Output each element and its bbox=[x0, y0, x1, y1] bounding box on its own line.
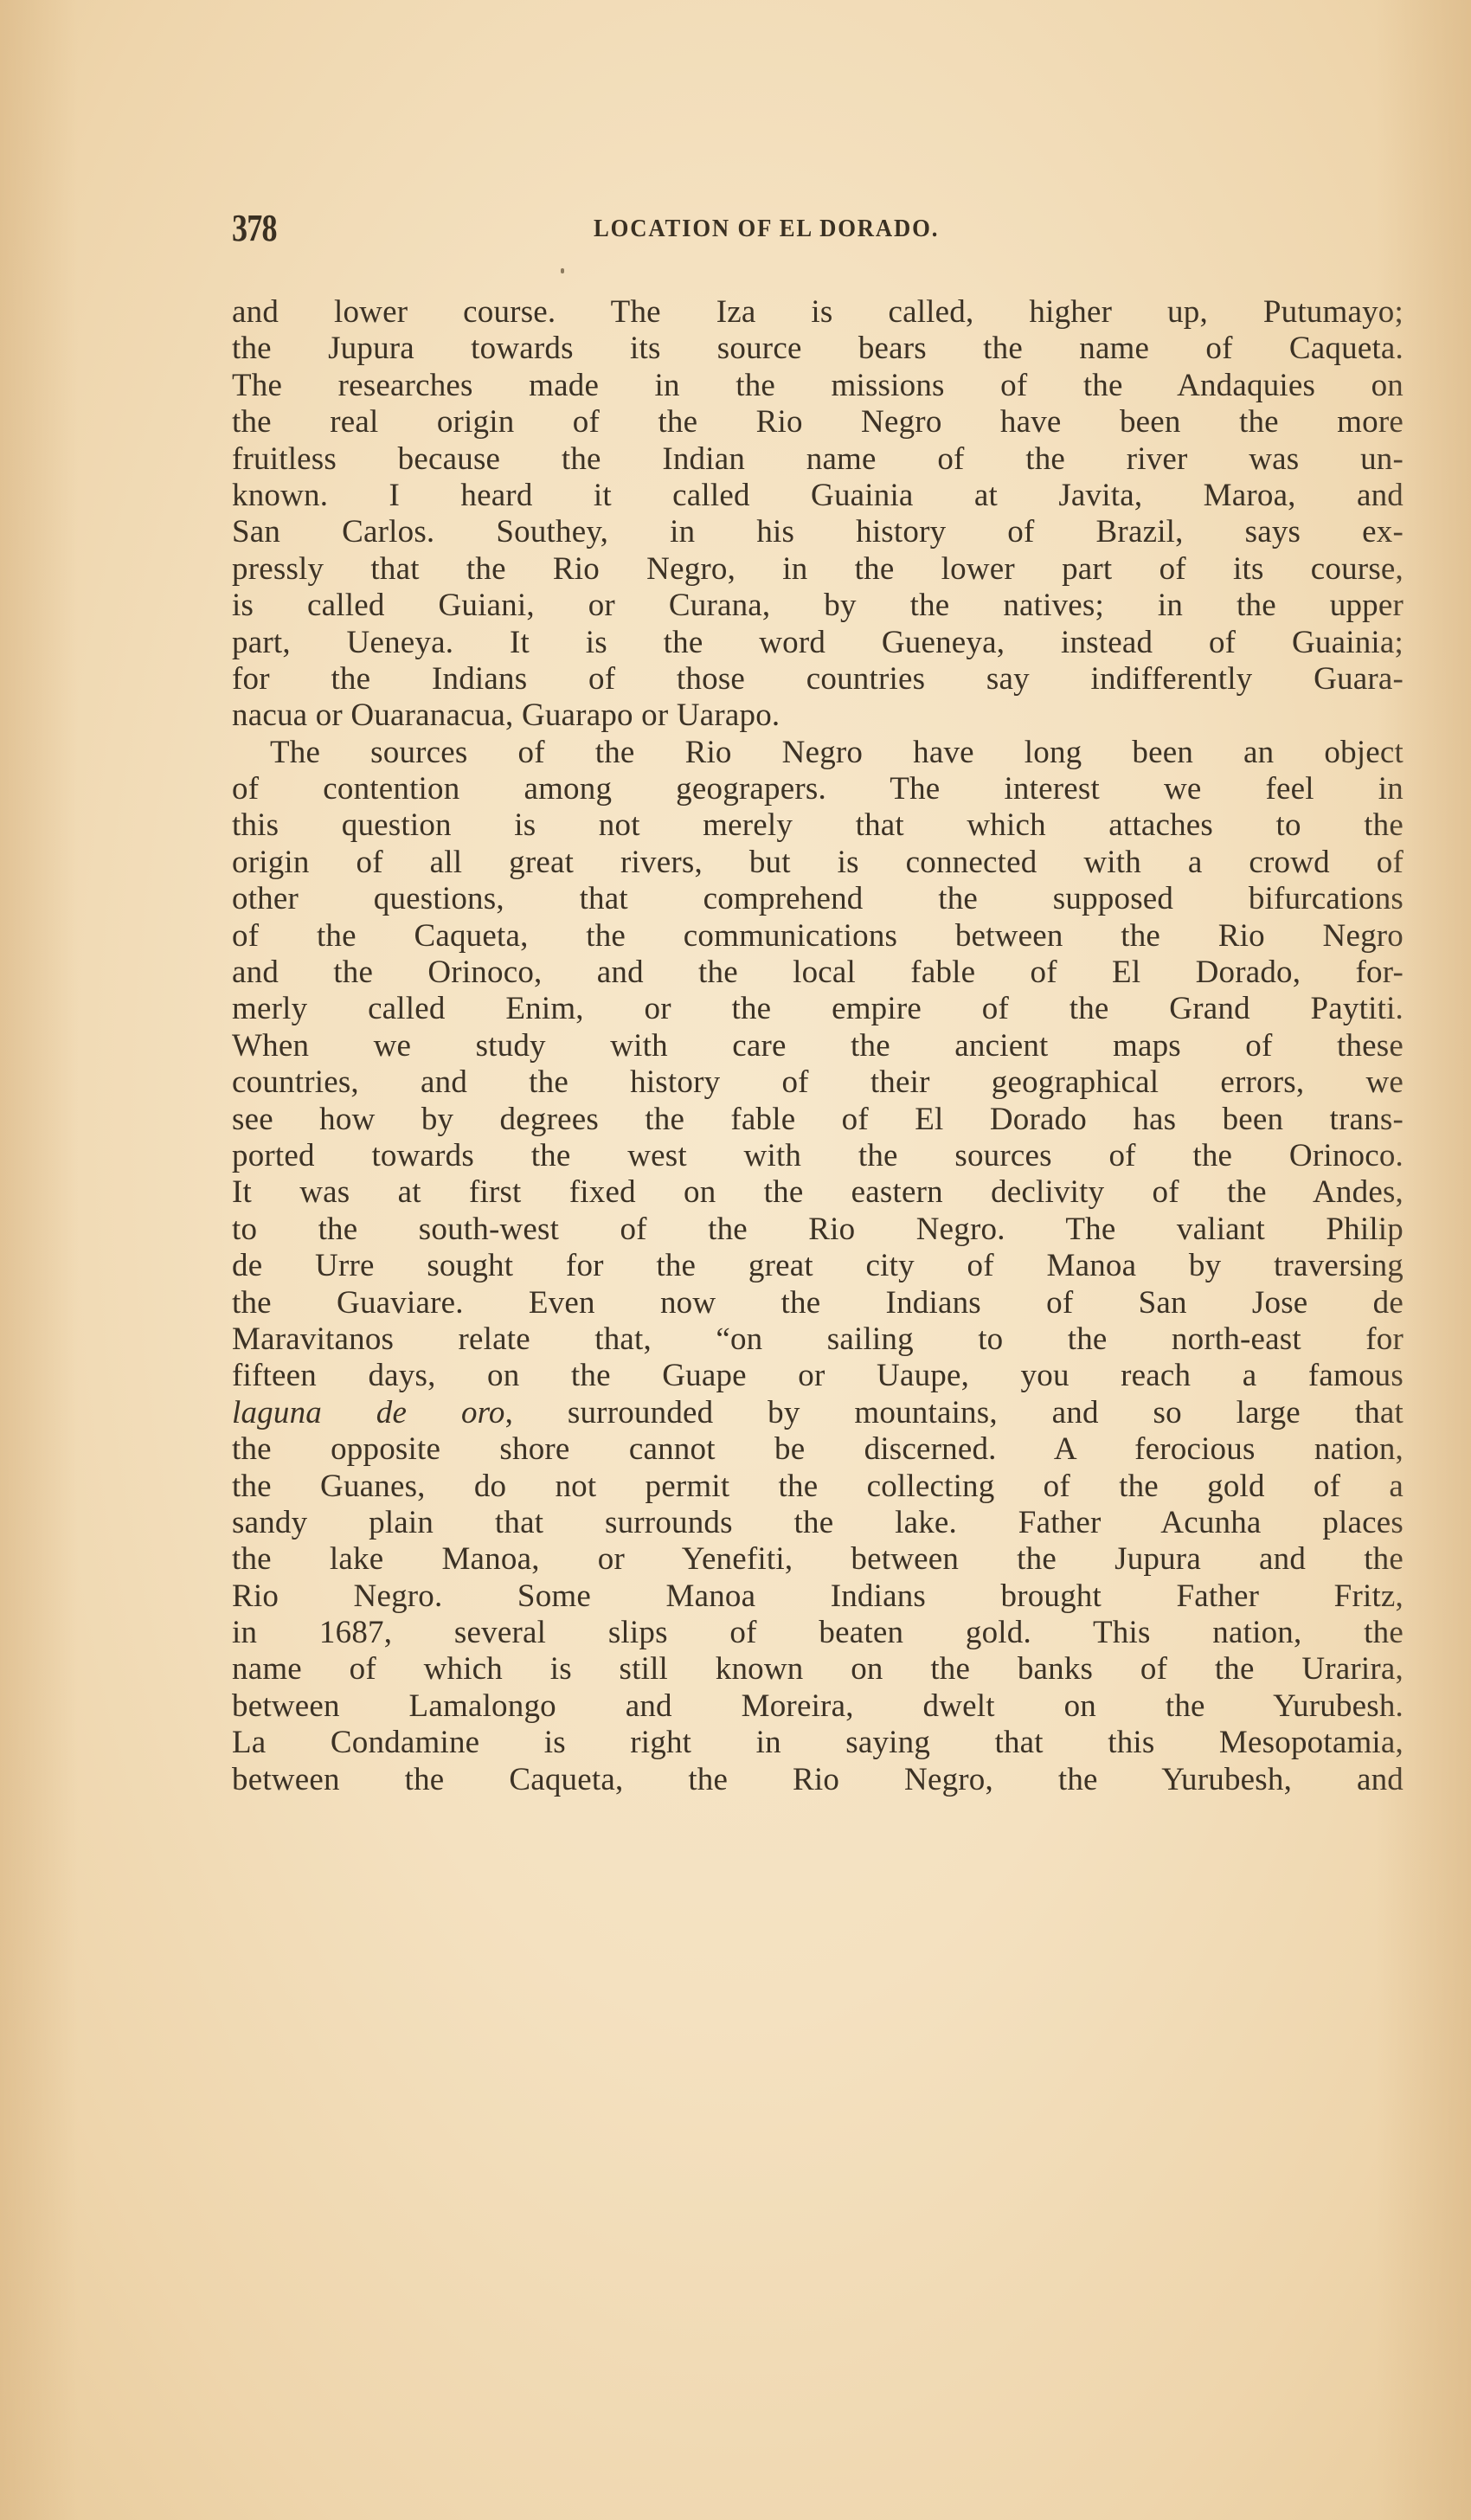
text-line: Rio Negro. Some Manoa Indians brought Fa… bbox=[232, 1578, 1404, 1615]
text-line: Maravitanos relate that, “on sailing to … bbox=[232, 1321, 1404, 1358]
page-number: 378 bbox=[232, 206, 277, 250]
body-text: and lower course. The Iza is called, hig… bbox=[232, 294, 1404, 1798]
text-line: La Condamine is right in saying that thi… bbox=[232, 1725, 1404, 1761]
text-line: fifteen days, on the Guape or Uaupe, you… bbox=[232, 1358, 1404, 1394]
paragraph-1: and lower course. The Iza is called, hig… bbox=[232, 294, 1404, 735]
printer-mark bbox=[561, 268, 564, 273]
text-line-rest: , surrounded by mountains, and so large … bbox=[505, 1395, 1404, 1430]
text-line: pressly that the Rio Negro, in the lower… bbox=[232, 551, 1404, 588]
text-line: merly called Enim, or the empire of the … bbox=[232, 991, 1404, 1027]
text-line: and lower course. The Iza is called, hig… bbox=[232, 294, 1404, 331]
text-line: see how by degrees the fable of El Dorad… bbox=[232, 1102, 1404, 1138]
text-line: the Jupura towards its source bears the … bbox=[232, 331, 1404, 367]
text-line: this question is not merely that which a… bbox=[232, 807, 1404, 844]
text-line: fruitless because the Indian name of the… bbox=[232, 441, 1404, 478]
text-line: other questions, that comprehend the sup… bbox=[232, 881, 1404, 917]
text-line: San Carlos. Southey, in his history of B… bbox=[232, 514, 1404, 550]
text-line: the Guanes, do not permit the collecting… bbox=[232, 1469, 1404, 1505]
text-line: the lake Manoa, or Yenefiti, between the… bbox=[232, 1541, 1404, 1578]
italic-phrase: laguna de oro bbox=[232, 1395, 505, 1430]
running-head: 378 LOCATION OF EL DORADO. bbox=[232, 206, 1402, 258]
running-title: LOCATION OF EL DORADO. bbox=[594, 215, 939, 243]
text-line: is called Guiani, or Curana, by the nati… bbox=[232, 588, 1404, 624]
text-line: origin of all great rivers, but is conne… bbox=[232, 845, 1404, 881]
text-line: When we study with care the ancient maps… bbox=[232, 1028, 1404, 1064]
text-line: part, Ueneya. It is the word Gueneya, in… bbox=[232, 625, 1404, 661]
text-line: de Urre sought for the great city of Man… bbox=[232, 1248, 1404, 1284]
text-line: the opposite shore cannot be discerned. … bbox=[232, 1431, 1404, 1468]
text-line: between the Caqueta, the Rio Negro, the … bbox=[232, 1762, 1404, 1798]
text-line: the Guaviare. Even now the Indians of Sa… bbox=[232, 1285, 1404, 1321]
text-line: ported towards the west with the sources… bbox=[232, 1138, 1404, 1174]
text-line: the real origin of the Rio Negro have be… bbox=[232, 404, 1404, 440]
text-line: of the Caqueta, the communications betwe… bbox=[232, 918, 1404, 955]
book-page: 378 LOCATION OF EL DORADO. and lower cou… bbox=[0, 0, 1471, 2520]
text-line: between Lamalongo and Moreira, dwelt on … bbox=[232, 1688, 1404, 1725]
text-line: The researches made in the missions of t… bbox=[232, 368, 1404, 404]
text-line: for the Indians of those countries say i… bbox=[232, 661, 1404, 697]
text-line: known. I heard it called Guainia at Javi… bbox=[232, 478, 1404, 514]
text-line: name of which is still known on the bank… bbox=[232, 1651, 1404, 1687]
text-line: The sources of the Rio Negro have long b… bbox=[232, 735, 1404, 771]
text-line-with-italic: laguna de oro, surrounded by mountains, … bbox=[232, 1395, 1404, 1431]
text-line: countries, and the history of their geog… bbox=[232, 1064, 1404, 1101]
text-line: in 1687, several slips of beaten gold. T… bbox=[232, 1615, 1404, 1651]
text-line: nacua or Ouaranacua, Guarapo or Uarapo. bbox=[232, 697, 1404, 734]
paragraph-2: The sources of the Rio Negro have long b… bbox=[232, 735, 1404, 1798]
text-line: of contention among geograpers. The inte… bbox=[232, 771, 1404, 807]
text-line: and the Orinoco, and the local fable of … bbox=[232, 955, 1404, 991]
text-line: It was at first fixed on the eastern dec… bbox=[232, 1174, 1404, 1211]
text-line: to the south-west of the Rio Negro. The … bbox=[232, 1212, 1404, 1248]
text-line: sandy plain that surrounds the lake. Fat… bbox=[232, 1505, 1404, 1541]
